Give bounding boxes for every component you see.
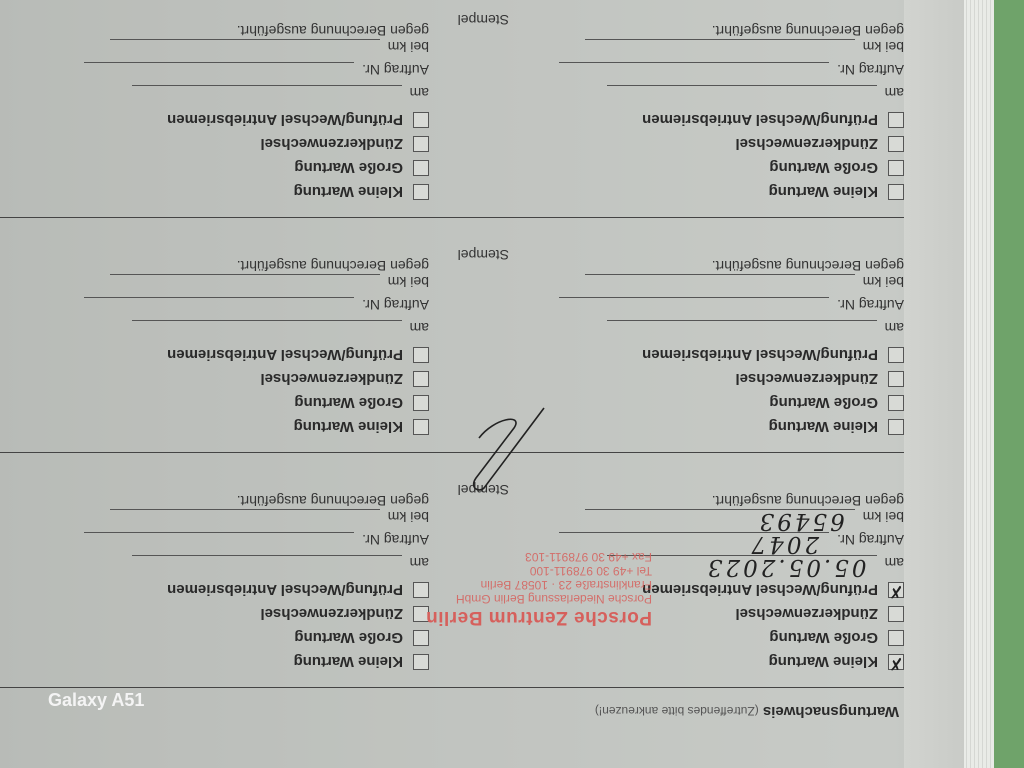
maintenance-document: Wartungsnachweis (Zutreffendes bitte ank… xyxy=(0,0,1024,768)
field-km: bei km65493 xyxy=(444,509,904,532)
checklist-item[interactable]: Prüfung/Wechsel Antriebsriemen xyxy=(0,108,429,132)
checklist-label: Zündkerzenwechsel xyxy=(735,371,878,388)
checklist-label: Prüfung/Wechsel Antriebsriemen xyxy=(167,582,403,599)
checklist-item[interactable]: Große Wartung xyxy=(0,391,429,415)
field-label: am xyxy=(885,320,904,336)
field-km: bei km xyxy=(444,39,904,62)
field-label: bei km xyxy=(388,39,429,55)
field-label: Auftrag Nr. xyxy=(837,62,904,78)
checkbox[interactable] xyxy=(413,654,429,670)
handwritten-value: 65493 xyxy=(757,508,845,534)
checklist-label: Prüfung/Wechsel Antriebsriemen xyxy=(167,347,403,364)
field-input-auftrag[interactable] xyxy=(84,62,354,79)
checkbox[interactable] xyxy=(888,582,904,598)
field-auftrag: Auftrag Nr. xyxy=(0,62,429,85)
field-label: am xyxy=(885,555,904,571)
field-input-km[interactable] xyxy=(110,509,380,526)
field-label: bei km xyxy=(863,274,904,290)
field-label: Auftrag Nr. xyxy=(362,62,429,78)
checkbox[interactable] xyxy=(888,112,904,128)
checkbox[interactable] xyxy=(888,136,904,152)
checklist-label: Kleine Wartung xyxy=(294,184,403,201)
checklist-item[interactable]: Große Wartung xyxy=(0,156,429,180)
checklist-label: Zündkerzenwechsel xyxy=(260,371,403,388)
checklist-label: Große Wartung xyxy=(769,160,878,177)
checkbox[interactable] xyxy=(413,371,429,387)
stamp-line2: Franklinstraße 23 · 10587 Berlin xyxy=(426,578,652,592)
field-input-km[interactable] xyxy=(110,274,380,291)
field-input-km[interactable]: 65493 xyxy=(585,509,855,526)
stamp-line4: Fax +49 30 978911-103 xyxy=(426,550,652,564)
checklist-label: Prüfung/Wechsel Antriebsriemen xyxy=(642,582,878,599)
title-text: Wartungsnachweis xyxy=(763,703,899,720)
checklist-label: Zündkerzenwechsel xyxy=(260,136,403,153)
field-am: am xyxy=(444,85,904,108)
checkbox[interactable] xyxy=(413,160,429,176)
checklist-item[interactable]: Zündkerzenwechsel xyxy=(0,132,429,156)
checkbox[interactable] xyxy=(888,419,904,435)
checklist-label: Kleine Wartung xyxy=(294,419,403,436)
checklist-item[interactable]: Prüfung/Wechsel Antriebsriemen xyxy=(0,343,429,367)
stamp-line1: Porsche Niederlassung Berlin GmbH xyxy=(426,592,652,606)
dealer-stamp: Porsche Zentrum Berlin Porsche Niederlas… xyxy=(426,550,652,628)
field-input-auftrag[interactable] xyxy=(559,297,829,314)
checklist-label: Kleine Wartung xyxy=(294,654,403,671)
field-auftrag: Auftrag Nr. xyxy=(444,62,904,85)
field-am: am xyxy=(444,320,904,343)
stamp-label: Stempel xyxy=(458,247,509,263)
field-input-am[interactable] xyxy=(132,320,402,337)
stamp-name: Porsche Zentrum Berlin xyxy=(426,606,652,628)
service-column-right: Kleine WartungGroße WartungZündkerzenwec… xyxy=(0,489,429,674)
checklist-item[interactable]: Kleine Wartung xyxy=(0,415,429,439)
checklist-label: Zündkerzenwechsel xyxy=(735,136,878,153)
checkbox[interactable] xyxy=(888,160,904,176)
checklist-item[interactable]: Kleine Wartung xyxy=(0,650,429,674)
checklist-label: Große Wartung xyxy=(294,160,403,177)
checkbox[interactable] xyxy=(888,371,904,387)
checkbox[interactable] xyxy=(413,184,429,200)
service-column-right: Kleine WartungGroße WartungZündkerzenwec… xyxy=(0,19,429,204)
checklist-item[interactable]: Prüfung/Wechsel Antriebsriemen xyxy=(0,578,429,602)
field-input-auftrag[interactable]: 2047 xyxy=(559,532,829,549)
checklist-item[interactable]: Kleine Wartung xyxy=(444,650,904,674)
checklist-item[interactable]: Prüfung/Wechsel Antriebsriemen xyxy=(444,108,904,132)
checklist-item[interactable]: Zündkerzenwechsel xyxy=(0,602,429,626)
field-label: bei km xyxy=(863,509,904,525)
field-input-am[interactable] xyxy=(607,85,877,102)
field-input-auftrag[interactable] xyxy=(84,532,354,549)
checklist-label: Zündkerzenwechsel xyxy=(260,606,403,623)
checklist-label: Große Wartung xyxy=(294,395,403,412)
checkbox[interactable] xyxy=(888,184,904,200)
checkbox[interactable] xyxy=(413,395,429,411)
checklist-item[interactable]: Zündkerzenwechsel xyxy=(444,132,904,156)
checkbox[interactable] xyxy=(413,112,429,128)
field-label: Auftrag Nr. xyxy=(362,532,429,548)
checklist-label: Große Wartung xyxy=(769,630,878,647)
field-auftrag: Auftrag Nr. xyxy=(0,297,429,320)
field-input-am[interactable] xyxy=(132,555,402,572)
camera-watermark: Galaxy A51 xyxy=(48,690,144,711)
checklist-label: Prüfung/Wechsel Antriebsriemen xyxy=(642,112,878,129)
checkbox[interactable] xyxy=(413,136,429,152)
checkbox[interactable] xyxy=(413,419,429,435)
checklist-label: Kleine Wartung xyxy=(769,184,878,201)
title-hint: (Zutreffendes bitte ankreuzen!) xyxy=(595,704,759,718)
field-km: bei km xyxy=(0,39,429,62)
checkbox[interactable] xyxy=(413,630,429,646)
field-label: bei km xyxy=(388,509,429,525)
service-column-right: Kleine WartungGroße WartungZündkerzenwec… xyxy=(0,254,429,439)
divider xyxy=(0,687,904,688)
field-am: am xyxy=(0,85,429,108)
handwritten-value: 2047 xyxy=(749,531,820,557)
field-input-km[interactable] xyxy=(585,39,855,56)
field-input-am[interactable] xyxy=(607,320,877,337)
field-label: bei km xyxy=(863,39,904,55)
checklist-item[interactable]: Große Wartung xyxy=(444,156,904,180)
checkbox[interactable] xyxy=(413,347,429,363)
checklist-item[interactable]: Kleine Wartung xyxy=(444,180,904,204)
service-column-left: Kleine WartungGroße WartungZündkerzenwec… xyxy=(444,19,904,204)
billing-note: gegen Berechnung ausgeführt. xyxy=(0,19,429,39)
field-km: bei km xyxy=(444,274,904,297)
field-km: bei km xyxy=(0,509,429,532)
page-title: Wartungsnachweis (Zutreffendes bitte ank… xyxy=(595,703,899,720)
stamp-label: Stempel xyxy=(458,12,509,28)
field-label: am xyxy=(885,85,904,101)
field-input-auftrag[interactable] xyxy=(84,297,354,314)
field-input-km[interactable] xyxy=(585,274,855,291)
billing-note: gegen Berechnung ausgeführt. xyxy=(444,254,904,274)
checklist-label: Prüfung/Wechsel Antriebsriemen xyxy=(167,112,403,129)
signature xyxy=(454,398,554,498)
field-input-auftrag[interactable] xyxy=(559,62,829,79)
checkbox[interactable] xyxy=(888,395,904,411)
field-km: bei km xyxy=(0,274,429,297)
field-label: am xyxy=(410,320,429,336)
field-am: am xyxy=(0,320,429,343)
field-label: Auftrag Nr. xyxy=(362,297,429,313)
billing-note: gegen Berechnung ausgeführt. xyxy=(0,254,429,274)
field-input-km[interactable] xyxy=(110,39,380,56)
checkbox[interactable] xyxy=(888,606,904,622)
checklist-label: Kleine Wartung xyxy=(769,419,878,436)
field-auftrag: Auftrag Nr. xyxy=(444,297,904,320)
checklist-item[interactable]: Zündkerzenwechsel xyxy=(444,367,904,391)
field-label: Auftrag Nr. xyxy=(837,532,904,548)
field-label: Auftrag Nr. xyxy=(837,297,904,313)
checklist-label: Große Wartung xyxy=(769,395,878,412)
checklist-item[interactable]: Große Wartung xyxy=(0,626,429,650)
divider xyxy=(0,452,904,453)
stamp-line3: Tel +49 30 978911-100 xyxy=(426,564,652,578)
checklist-item[interactable]: Prüfung/Wechsel Antriebsriemen xyxy=(444,343,904,367)
handwritten-value: 05.05.2023 xyxy=(705,554,867,580)
checklist-label: Kleine Wartung xyxy=(769,654,878,671)
checkbox[interactable] xyxy=(888,347,904,363)
field-label: bei km xyxy=(388,274,429,290)
checklist-item[interactable]: Zündkerzenwechsel xyxy=(0,367,429,391)
checklist-label: Prüfung/Wechsel Antriebsriemen xyxy=(642,347,878,364)
checkbox[interactable] xyxy=(888,630,904,646)
checklist-item[interactable]: Kleine Wartung xyxy=(0,180,429,204)
checklist-label: Große Wartung xyxy=(294,630,403,647)
field-label: am xyxy=(410,85,429,101)
divider xyxy=(0,217,904,218)
checkbox[interactable] xyxy=(888,654,904,670)
billing-note: gegen Berechnung ausgeführt. xyxy=(0,489,429,509)
checklist-item[interactable]: Große Wartung xyxy=(444,626,904,650)
billing-note: gegen Berechnung ausgeführt. xyxy=(444,19,904,39)
field-auftrag: Auftrag Nr. xyxy=(0,532,429,555)
checklist-label: Zündkerzenwechsel xyxy=(735,606,878,623)
field-am: am xyxy=(0,555,429,578)
field-input-am[interactable] xyxy=(132,85,402,102)
